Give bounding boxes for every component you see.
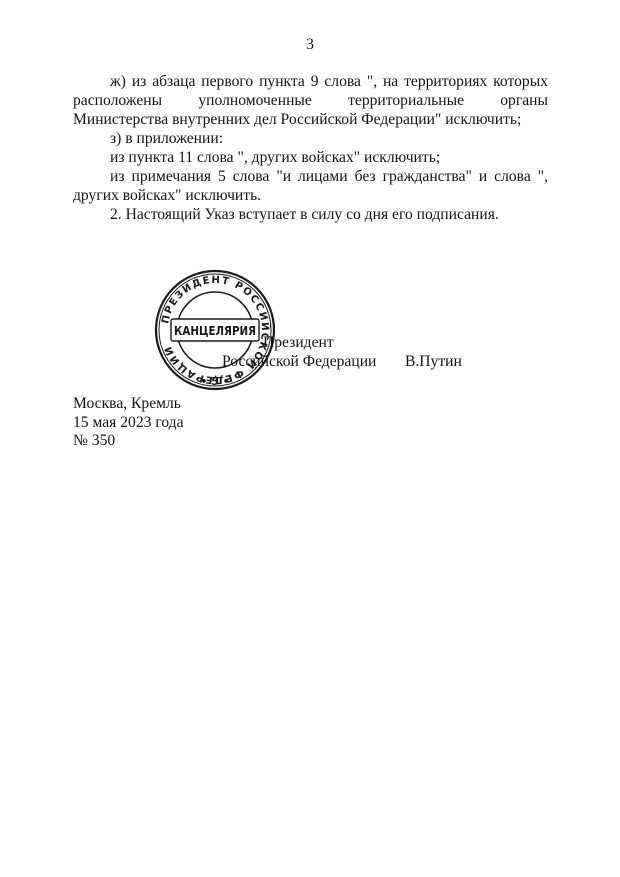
signatory-name: В.Путин — [405, 352, 462, 371]
paragraph-z: з) в приложении: — [73, 129, 548, 148]
signatory-title-line2: Российской Федерации — [222, 352, 376, 371]
official-seal-stamp: ПРЕЗИДЕНТ РОССИЙСКОЙ ФЕДЕРАЦИИ • 5 • КАН… — [153, 268, 277, 392]
decree-number: № 350 — [73, 432, 184, 451]
paragraph-note-5: из примечания 5 слова "и лицами без граж… — [73, 167, 548, 205]
svg-text:• 5 •: • 5 • — [200, 375, 229, 388]
signatory-title-line1: Президент — [263, 333, 334, 352]
paragraph-item-11: из пункта 11 слова ", других войсках" ис… — [73, 148, 548, 167]
document-footer: Москва, Кремль 15 мая 2023 года № 350 — [73, 395, 184, 451]
issue-date: 15 мая 2023 года — [73, 414, 184, 433]
page-number: 3 — [0, 36, 620, 54]
paragraph-effective: 2. Настоящий Указ вступает в силу со дня… — [73, 205, 548, 224]
document-page: 3 ж) из абзаца первого пункта 9 слова ",… — [0, 0, 620, 877]
seal-icon: ПРЕЗИДЕНТ РОССИЙСКОЙ ФЕДЕРАЦИИ • 5 • КАН… — [153, 268, 277, 392]
paragraph-zh: ж) из абзаца первого пункта 9 слова ", н… — [73, 72, 548, 129]
svg-text:КАНЦЕЛЯРИЯ: КАНЦЕЛЯРИЯ — [174, 323, 256, 338]
issue-place: Москва, Кремль — [73, 395, 184, 414]
document-body: ж) из абзаца первого пункта 9 слова ", н… — [73, 72, 548, 224]
